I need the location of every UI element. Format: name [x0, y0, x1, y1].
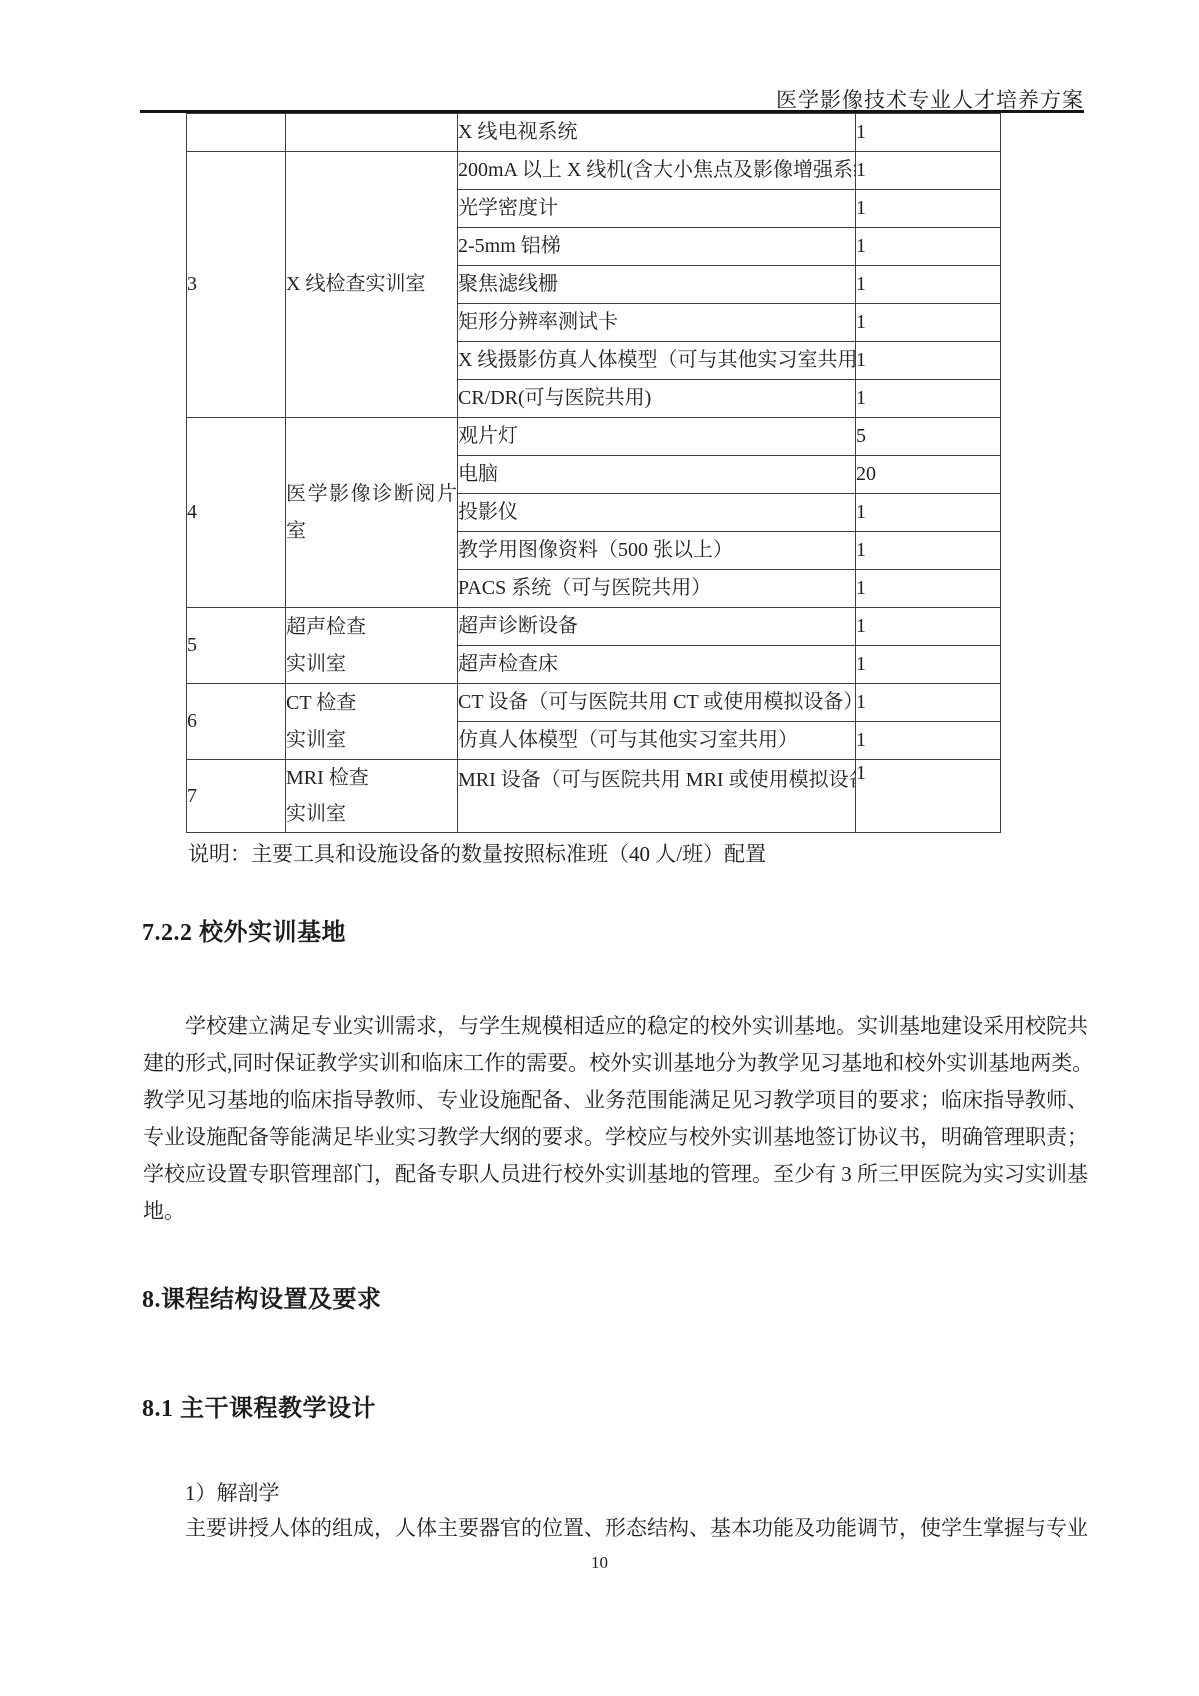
table-row: 4 医学影像诊断阅片 室 观片灯 5	[187, 418, 1001, 456]
cell-equipment: 光学密度计	[458, 190, 856, 228]
cell-qty: 1	[856, 684, 1001, 722]
cell-qty: 20	[856, 456, 1001, 494]
cell-qty: 1	[856, 532, 1001, 570]
cell-equipment: 教学用图像资料（500 张以上）	[458, 532, 856, 570]
cell-room: X 线检查实训室	[286, 152, 458, 418]
cell-room: 医学影像诊断阅片 室	[286, 418, 458, 608]
cell-room: MRI 检查 实训室	[286, 760, 458, 833]
paragraph-line: 建的形式,同时保证教学实训和临床工作的需要。校外实训基地分为教学见习基地和校外实…	[143, 1045, 1084, 1082]
paragraph-line: 学校建立满足专业实训需求，与学生规模相适应的稳定的校外实训基地。实训基地建设采用…	[143, 1008, 1084, 1045]
cell-qty: 1	[856, 570, 1001, 608]
cell-equipment: 矩形分辨率测试卡	[458, 304, 856, 342]
course-item-label: 1）解剖学	[185, 1475, 280, 1512]
cell-no: 7	[187, 760, 286, 833]
cell-qty: 1	[856, 266, 1001, 304]
page-number: 10	[0, 1553, 1199, 1573]
equipment-table: X 线电视系统 1 3 X 线检查实训室 200mA 以上 X 线机(含大小焦点…	[186, 113, 1001, 833]
paragraph-line: 专业设施配备等能满足毕业实习教学大纲的要求。学校应与校外实训基地签订协议书，明确…	[143, 1119, 1084, 1156]
document-page: 医学影像技术专业人才培养方案 X 线电视系统 1 3 X 线检查实训室 200m…	[0, 0, 1199, 1696]
cell-qty: 1	[856, 646, 1001, 684]
paragraph-line: 地。	[143, 1193, 1084, 1230]
cell-qty: 1	[856, 114, 1001, 152]
cell-qty: 1	[856, 722, 1001, 760]
cell-equipment: MRI 设备（可与医院共用 MRI 或使用模拟设备）	[458, 760, 856, 833]
cell-equipment: 观片灯	[458, 418, 856, 456]
cell-room: CT 检查 实训室	[286, 684, 458, 760]
table-row: 5 超声检查 实训室 超声诊断设备 1	[187, 608, 1001, 646]
cell-equipment: 投影仪	[458, 494, 856, 532]
cell-no-empty	[187, 114, 286, 152]
cell-equipment: CR/DR(可与医院共用)	[458, 380, 856, 418]
cell-qty: 1	[856, 190, 1001, 228]
course-item-text: 主要讲授人体的组成，人体主要器官的位置、形态结构、基本功能及功能调节，使学生掌握…	[143, 1510, 1084, 1547]
cell-room: 超声检查 实训室	[286, 608, 458, 684]
cell-qty: 5	[856, 418, 1001, 456]
cell-equipment: 电脑	[458, 456, 856, 494]
cell-qty: 1	[856, 494, 1001, 532]
table-row: 3 X 线检查实训室 200mA 以上 X 线机(含大小焦点及影像增强系统) 1	[187, 152, 1001, 190]
cell-no: 5	[187, 608, 286, 684]
table-row: 7 MRI 检查 实训室 MRI 设备（可与医院共用 MRI 或使用模拟设备） …	[187, 760, 1001, 833]
cell-qty: 1	[856, 760, 1001, 833]
paragraph-line: 学校应设置专职管理部门，配备专职人员进行校外实训基地的管理。至少有 3 所三甲医…	[143, 1156, 1084, 1193]
cell-qty: 1	[856, 380, 1001, 418]
cell-room-empty	[286, 114, 458, 152]
table-row: 6 CT 检查 实训室 CT 设备（可与医院共用 CT 或使用模拟设备） 1	[187, 684, 1001, 722]
cell-equipment: CT 设备（可与医院共用 CT 或使用模拟设备）	[458, 684, 856, 722]
cell-no: 3	[187, 152, 286, 418]
cell-no: 4	[187, 418, 286, 608]
cell-equipment: 聚焦滤线栅	[458, 266, 856, 304]
cell-equipment: 仿真人体模型（可与其他实习室共用）	[458, 722, 856, 760]
cell-qty: 1	[856, 228, 1001, 266]
cell-equipment: 超声诊断设备	[458, 608, 856, 646]
cell-equipment: 200mA 以上 X 线机(含大小焦点及影像增强系统)	[458, 152, 856, 190]
section-heading-8: 8.课程结构设置及要求	[142, 1279, 382, 1314]
table-row: X 线电视系统 1	[187, 114, 1001, 152]
cell-equipment: PACS 系统（可与医院共用）	[458, 570, 856, 608]
paragraph-line: 教学见习基地的临床指导教师、专业设施配备、业务范围能满足见习教学项目的要求；临床…	[143, 1082, 1084, 1119]
cell-qty: 1	[856, 342, 1001, 380]
cell-equipment: X 线电视系统	[458, 114, 856, 152]
cell-qty: 1	[856, 152, 1001, 190]
table-note: 说明：主要工具和设施设备的数量按照标准班（40 人/班）配置	[188, 838, 766, 868]
cell-equipment: 超声检查床	[458, 646, 856, 684]
cell-qty: 1	[856, 304, 1001, 342]
section-heading-7-2-2: 7.2.2 校外实训基地	[142, 912, 346, 947]
cell-qty: 1	[856, 608, 1001, 646]
section-heading-8-1: 8.1 主干课程教学设计	[142, 1388, 376, 1423]
cell-no: 6	[187, 684, 286, 760]
cell-equipment: 2-5mm 铝梯	[458, 228, 856, 266]
paragraph-outside-training-base: 学校建立满足专业实训需求，与学生规模相适应的稳定的校外实训基地。实训基地建设采用…	[143, 1008, 1084, 1230]
cell-equipment: X 线摄影仿真人体模型（可与其他实习室共用）	[458, 342, 856, 380]
